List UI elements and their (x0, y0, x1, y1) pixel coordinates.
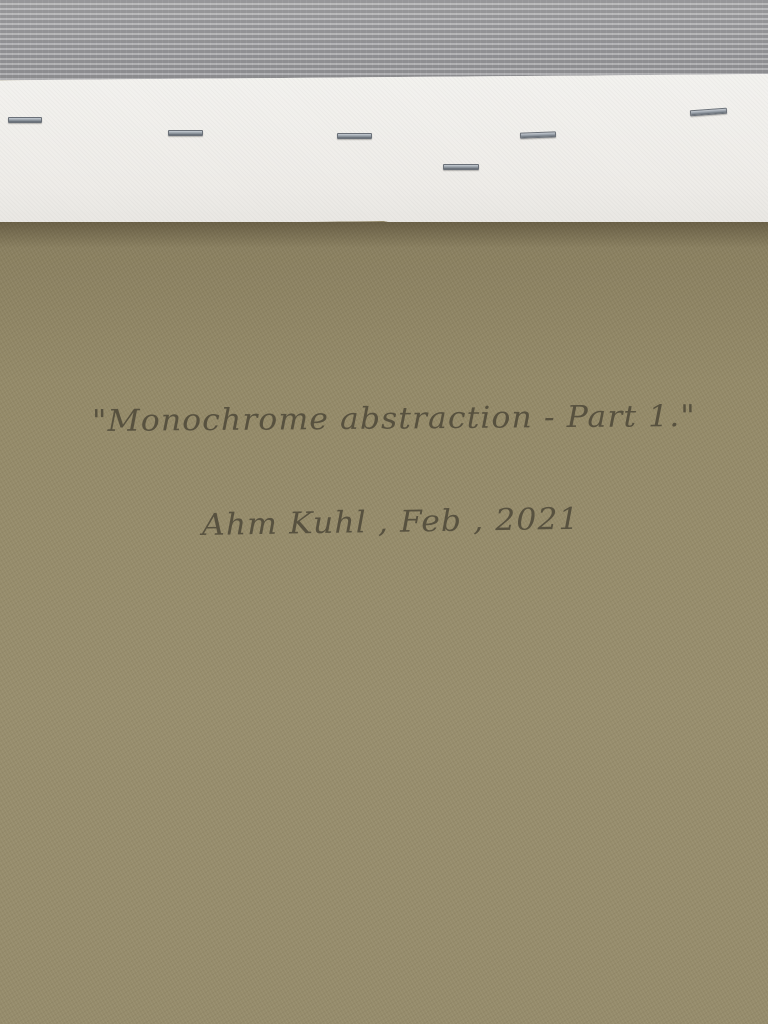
frame-shadow (0, 222, 768, 248)
staple (8, 117, 42, 123)
artist-signature-date: Ahm Kuhl , Feb , 2021 (202, 502, 580, 543)
canvas-back-photo: "Monochrome abstraction - Part 1." Ahm K… (0, 0, 768, 1024)
linen-back (0, 222, 768, 1024)
staple (443, 164, 479, 170)
staple (520, 131, 556, 138)
white-canvas-flap (0, 74, 768, 232)
gray-backdrop (0, 0, 768, 80)
staple (337, 133, 372, 139)
staple (168, 130, 203, 136)
artwork-title-inscription: "Monochrome abstraction - Part 1." (92, 399, 696, 439)
